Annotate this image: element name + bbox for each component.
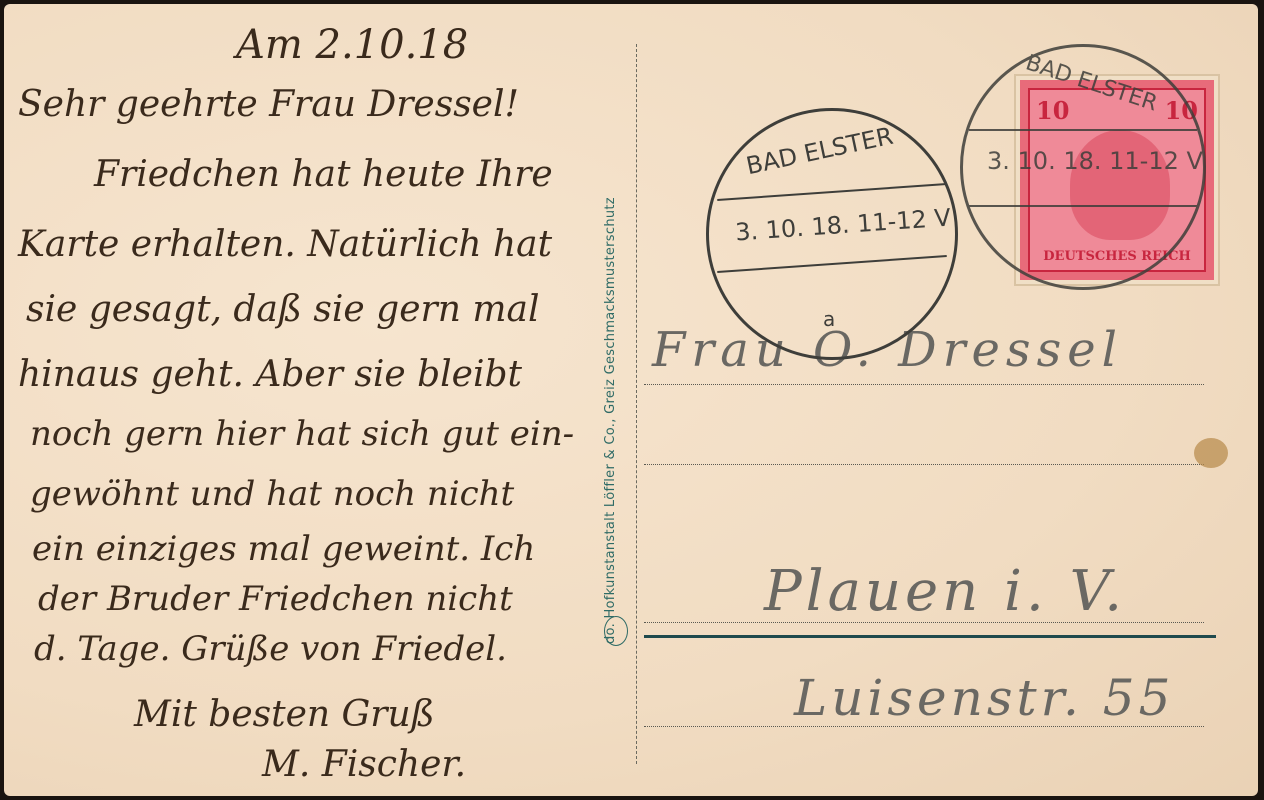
- message-closing: Mit besten Gruß: [134, 694, 435, 735]
- stain: [1194, 438, 1228, 468]
- postmark-letter: a: [823, 307, 835, 331]
- message-line: hinaus geht. Aber sie bleibt: [18, 354, 522, 395]
- postmark-date: 3. 10. 18. 11-12 V: [987, 147, 1203, 175]
- message-line: Karte erhalten. Natürlich hat: [18, 224, 552, 265]
- postmark-on-stamp: 3. 10. 18. 11-12 V BAD ELSTER: [960, 44, 1206, 290]
- address-street: Luisenstr. 55: [794, 669, 1174, 727]
- message-line: sie gesagt, daß sie gern mal: [26, 289, 539, 330]
- postcard-back: Am 2.10.18 Sehr geehrte Frau Dressel! Fr…: [4, 4, 1258, 796]
- address-city-underline: [644, 635, 1216, 638]
- message-line: ein einziges mal geweint. Ich: [32, 529, 535, 569]
- message-signature: M. Fischer.: [262, 744, 466, 785]
- postmark-bar: [969, 205, 1197, 207]
- address-rule-2: [644, 464, 1204, 465]
- message-line: noch gern hier hat sich gut ein-: [30, 414, 574, 454]
- message-salutation: Sehr geehrte Frau Dressel!: [18, 84, 519, 125]
- postmark-town: BAD ELSTER: [744, 122, 896, 180]
- message-line: gewöhnt und hat noch nicht: [30, 474, 514, 514]
- message-line: der Bruder Friedchen nicht: [38, 579, 513, 619]
- address-city: Plauen i. V.: [764, 559, 1126, 624]
- postmark-bar: [717, 255, 947, 273]
- address-rule-1: [644, 384, 1204, 385]
- message-date: Am 2.10.18: [236, 22, 468, 68]
- publisher-imprint: do. Hofkunstanstalt Löffler & Co., Greiz…: [603, 197, 618, 644]
- postmark-town: BAD ELSTER: [1022, 50, 1160, 116]
- center-divider: [636, 44, 637, 764]
- message-line: d. Tage. Grüße von Friedel.: [34, 629, 507, 669]
- postmark-bar: [717, 183, 947, 201]
- postmark-bad-elster: BAD ELSTER 3. 10. 18. 11-12 V a: [706, 108, 958, 360]
- message-line: Friedchen hat heute Ihre: [94, 154, 553, 195]
- postmark-bar: [969, 129, 1197, 131]
- postmark-date: 3. 10. 18. 11-12 V: [734, 204, 951, 247]
